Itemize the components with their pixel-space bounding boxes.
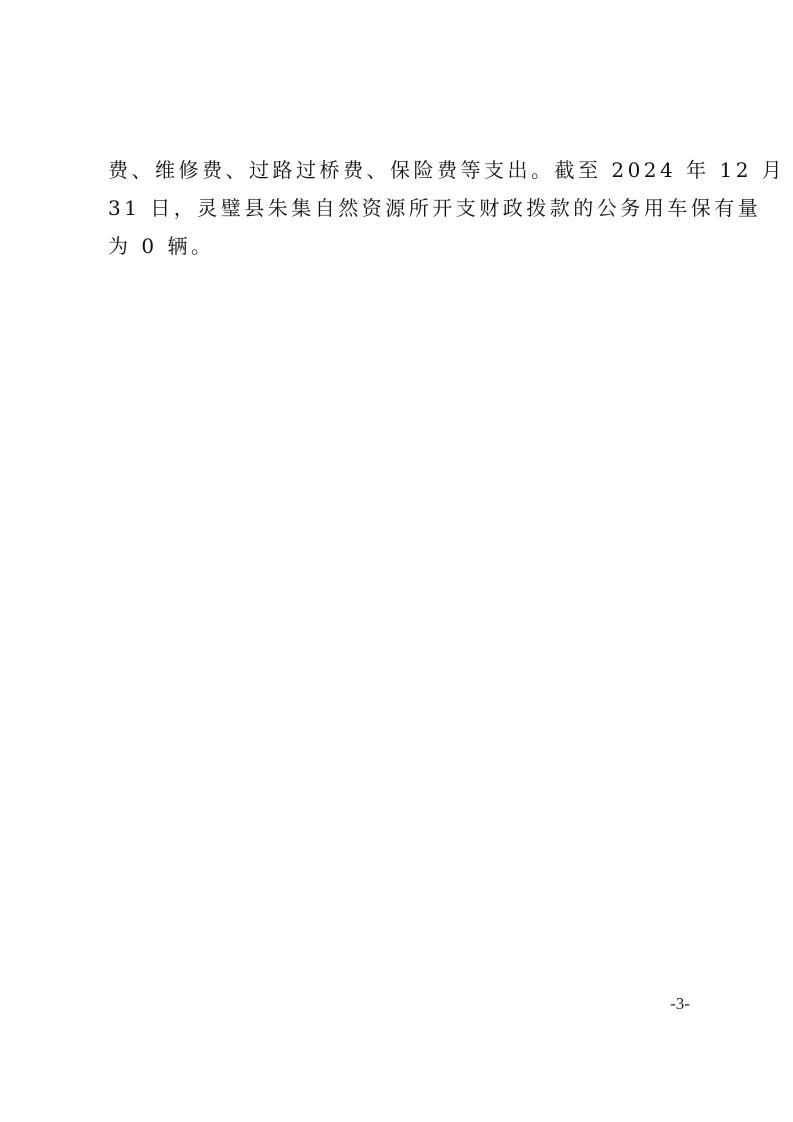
paragraph-line-2: 31 日，灵璧县朱集自然资源所开支财政拨款的公务用车保有量 xyxy=(108,189,690,227)
page-number: -3- xyxy=(660,994,700,1014)
paragraph-line-1: 费、维修费、过路过桥费、保险费等支出。截至 2024 年 12 月 xyxy=(108,151,690,189)
body-paragraph: 费、维修费、过路过桥费、保险费等支出。截至 2024 年 12 月 31 日，灵… xyxy=(108,151,690,265)
document-page: 费、维修费、过路过桥费、保险费等支出。截至 2024 年 12 月 31 日，灵… xyxy=(0,0,793,1122)
paragraph-line-3: 为 0 辆。 xyxy=(108,227,690,265)
